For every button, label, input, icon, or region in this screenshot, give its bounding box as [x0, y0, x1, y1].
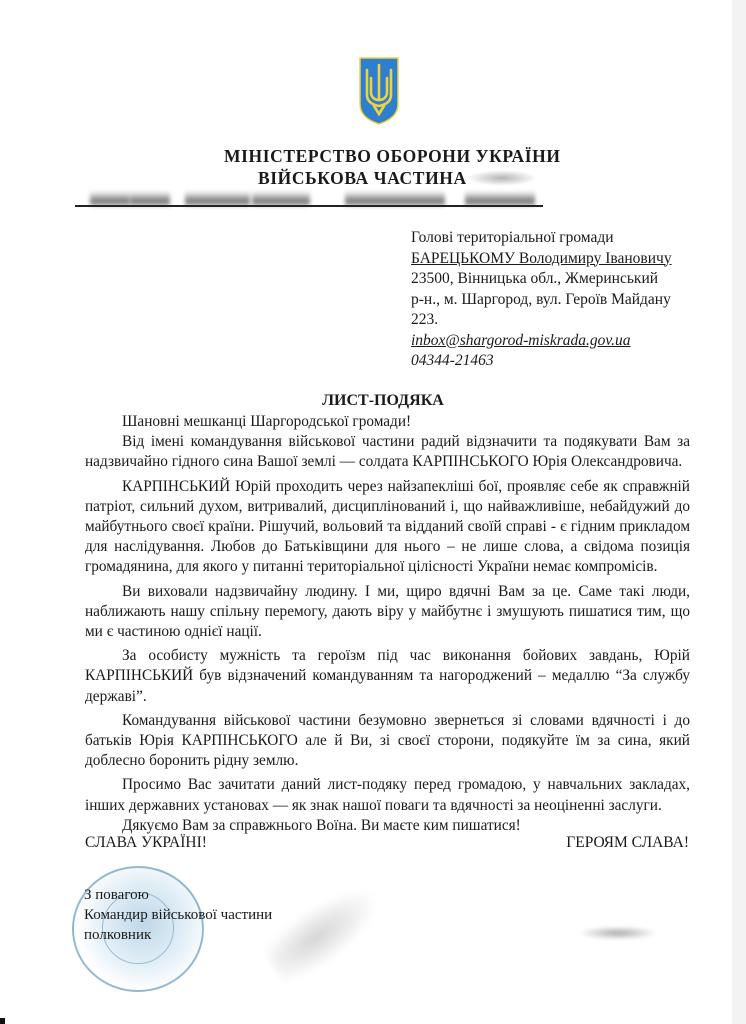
addressee-block: Голові територіальної громади БАРЕЦЬКОМУ… [411, 228, 672, 372]
page-edge [732, 0, 746, 1024]
scan-corner-mark [0, 1018, 5, 1024]
addressee-email-link[interactable]: inbox@shargorod-miskrada.gov.ua [411, 331, 672, 352]
coat-of-arms-icon [358, 56, 400, 126]
addressee-address-line2: р-н., м. Шаргород, вул. Героїв Майдану [411, 290, 672, 311]
letterhead-organization: МІНІСТЕРСТВО ОБОРОНИ УКРАЇНИ [224, 146, 561, 167]
body-paragraph: За особисту мужність та героїзм під час … [85, 646, 690, 707]
addressee-address-line1: 23500, Вінницька обл., Жмеринський [411, 269, 672, 290]
letterhead-unit-label: ВІЙСЬКОВА ЧАСТИНА [258, 168, 467, 188]
body-paragraph: КАРПІНСЬКИЙ Юрій проходить через найзапе… [85, 477, 690, 578]
addressee-name: БАРЕЦЬКОМУ Володимиру Івановичу [411, 249, 672, 270]
redacted-signer-name [578, 926, 658, 940]
letterhead-unit: ВІЙСЬКОВА ЧАСТИНА [258, 168, 537, 189]
addressee-phone: 04344-21463 [411, 351, 672, 372]
body-paragraph: Ви виховали надзвичайну людину. І ми, щи… [85, 582, 690, 643]
signature-block: З повагою Командир військової частини по… [84, 885, 272, 945]
redacted-unit-number [467, 170, 537, 186]
signature-closing: З повагою [84, 885, 272, 905]
letter-body: Шановні мешканці Шаргородської громади! … [85, 412, 690, 840]
signature-rank: полковник [84, 925, 272, 945]
letter-title: ЛИСТ-ПОДЯКА [0, 392, 746, 410]
slogan-glory-to-ukraine: СЛАВА УКРАЇНІ! [85, 834, 207, 852]
body-paragraph: Командування військової частини безумовн… [85, 711, 690, 772]
body-paragraph: Від імені командування військової частин… [85, 432, 690, 472]
body-paragraph: Просимо Вас зачитати даний лист-подяку п… [85, 775, 690, 815]
signature-position: Командир військової частини [84, 905, 272, 925]
addressee-address-line3: 223. [411, 310, 672, 331]
letterhead-rule [75, 205, 543, 207]
signature-scribble [257, 868, 398, 992]
slogan-glory-to-heroes: ГЕРОЯМ СЛАВА! [566, 834, 689, 852]
addressee-position: Голові територіальної громади [411, 228, 672, 249]
greeting: Шановні мешканці Шаргородської громади! [85, 412, 690, 432]
